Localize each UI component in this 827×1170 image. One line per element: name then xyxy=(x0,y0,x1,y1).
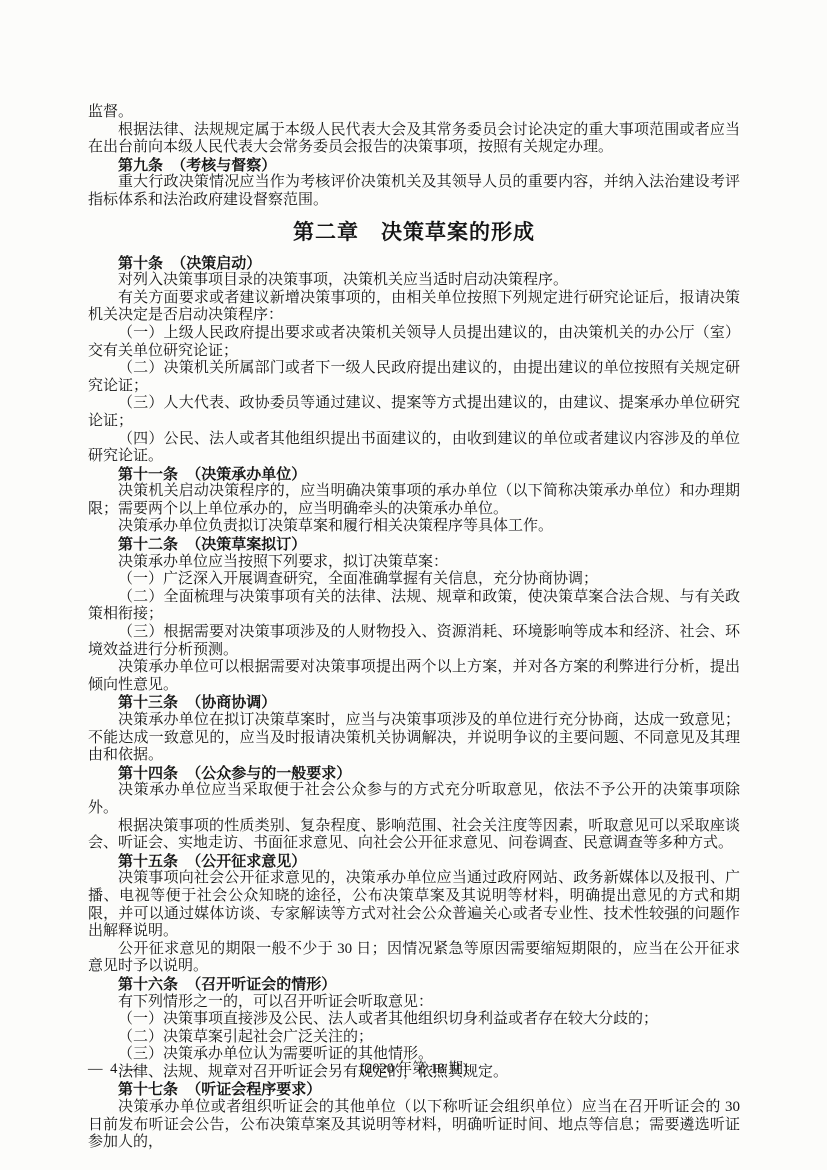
paragraph: 监督。 xyxy=(88,104,740,122)
paragraph: 有关方面要求或者建议新增决策事项的，由相关单位按照下列规定进行研究论证后，报请决… xyxy=(88,290,740,325)
article-heading: 第十二条（决策草案拟订） xyxy=(88,536,740,554)
paragraph: 公开征求意见的期限一般不少于 30 日；因情况紧急等原因需要缩短期限的，应当在公… xyxy=(88,941,740,976)
chapter-heading: 第二章 决策草案的形成 xyxy=(88,220,740,246)
paragraph: （二）全面梳理与决策事项有关的法律、法规、规章和政策，使决策草案合法合规、与有关… xyxy=(88,589,740,624)
paragraph: 决策承办单位应当采取便于社会公众参与的方式充分听取意见，依法不予公开的决策事项除… xyxy=(88,782,740,817)
paragraph: （一）上级人民政府提出要求或者决策机关领导人员提出建议的，由决策机关的办公厅（室… xyxy=(88,325,740,360)
article-number: 第十四条 xyxy=(118,765,178,782)
article-number: 第十五条 xyxy=(118,853,178,870)
paragraph: 根据法律、法规规定属于本级人民代表大会及其常务委员会讨论决定的重大事项范围或者应… xyxy=(88,122,740,157)
article-title: （考核与督察） xyxy=(171,157,276,174)
article-title: （决策启动） xyxy=(171,255,261,272)
article-heading: 第十六条（召开听证会的情形） xyxy=(88,976,740,994)
paragraph: 决策承办单位在拟订决策草案时，应当与决策事项涉及的单位进行充分协商，达成一致意见… xyxy=(88,712,740,765)
paragraph: （二）决策草案引起社会广泛关注的； xyxy=(88,1029,740,1047)
paragraph: 决策承办单位应当按照下列要求，拟订决策草案： xyxy=(88,554,740,572)
paragraph: 根据决策事项的性质类别、复杂程度、影响范围、社会关注度等因素，听取意见可以采取座… xyxy=(88,818,740,853)
article-title: （协商协调） xyxy=(186,694,276,711)
article-heading: 第九条（考核与督察） xyxy=(88,157,740,175)
paragraph: 有下列情形之一的，可以召开听证会听取意见： xyxy=(88,994,740,1012)
paragraph: （二）决策机关所属部门或者下一级人民政府提出建议的，由提出建议的单位按照有关规定… xyxy=(88,360,740,395)
paragraph: （一）决策事项直接涉及公民、法人或者其他组织切身利益或者存在较大分歧的； xyxy=(88,1011,740,1029)
paragraph: 决策承办单位或者组织听证会的其他单位（以下称听证会组织单位）应当在召开听证会的 … xyxy=(88,1099,740,1152)
article-heading: 第十一条（决策承办单位） xyxy=(88,466,740,484)
article-number: 第十一条 xyxy=(118,466,178,483)
paragraph: （三）根据需要对决策事项涉及的人财物投入、资源消耗、环境影响等成本和经济、社会、… xyxy=(88,624,740,659)
article-title: （召开听证会的情形） xyxy=(186,976,336,993)
article-number: 第十条 xyxy=(118,255,163,272)
paragraph: 重大行政决策情况应当作为考核评价决策机关及其领导人员的重要内容，并纳入法治建设考… xyxy=(88,174,740,209)
paragraph: （三）人大代表、政协委员等通过建议、提案等方式提出建议的，由建议、提案承办单位研… xyxy=(88,395,740,430)
article-title: （公开征求意见） xyxy=(186,853,306,870)
article-number: 第十二条 xyxy=(118,536,178,553)
paragraph: 决策承办单位可以根据需要对决策事项提出两个以上方案，并对各方案的利弊进行分析，提… xyxy=(88,659,740,694)
article-number: 第九条 xyxy=(118,157,163,174)
paragraph: 决策机关启动决策程序的，应当明确决策事项的承办单位（以下简称决策承办单位）和办理… xyxy=(88,483,740,518)
article-number: 第十三条 xyxy=(118,694,178,711)
issue-label: (2020 年第 18 期) xyxy=(88,1060,740,1078)
article-number: 第十七条 xyxy=(118,1081,178,1098)
article-heading: 第十三条（协商协调） xyxy=(88,694,740,712)
article-title: （公众参与的一般要求） xyxy=(186,765,351,782)
article-number: 第十六条 xyxy=(118,976,178,993)
paragraph: （一）广泛深入开展调查研究，全面准确掌握有关信息，充分协商协调； xyxy=(88,571,740,589)
article-heading: 第十七条（听证会程序要求） xyxy=(88,1081,740,1099)
article-title: （听证会程序要求） xyxy=(186,1081,321,1098)
article-title: （决策草案拟订） xyxy=(186,536,306,553)
article-heading: 第十四条（公众参与的一般要求） xyxy=(88,765,740,783)
article-heading: 第十条（决策启动） xyxy=(88,255,740,273)
document-content: 监督。根据法律、法规规定属于本级人民代表大会及其常务委员会讨论决定的重大事项范围… xyxy=(88,104,740,1152)
page-footer: — 4 — (2020 年第 18 期) xyxy=(88,1060,740,1080)
document-page: 监督。根据法律、法规规定属于本级人民代表大会及其常务委员会讨论决定的重大事项范围… xyxy=(0,0,827,1170)
paragraph: 决策事项向社会公开征求意见的，决策承办单位应当通过政府网站、政务新媒体以及报刊、… xyxy=(88,870,740,940)
paragraph: 决策承办单位负责拟订决策草案和履行相关决策程序等具体工作。 xyxy=(88,518,740,536)
paragraph: 对列入决策事项目录的决策事项，决策机关应当适时启动决策程序。 xyxy=(88,272,740,290)
article-heading: 第十五条（公开征求意见） xyxy=(88,853,740,871)
article-title: （决策承办单位） xyxy=(186,466,306,483)
paragraph: （四）公民、法人或者其他组织提出书面建议的，由收到建议的单位或者建议内容涉及的单… xyxy=(88,431,740,466)
